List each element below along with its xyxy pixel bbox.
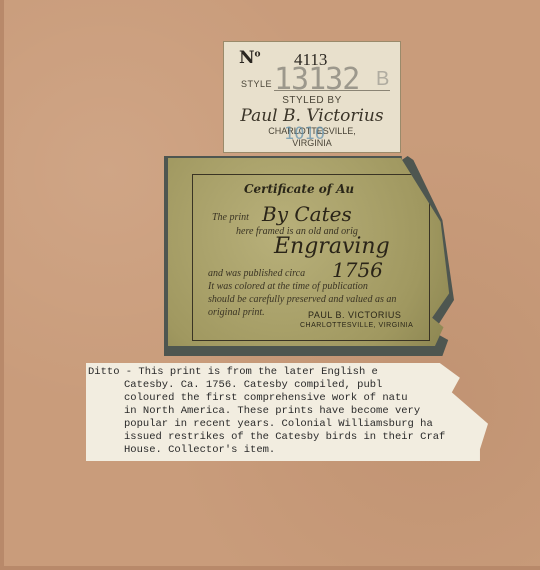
handwritten-year: 1756	[332, 258, 383, 282]
note-line: issued restrikes of the Catesby birds in…	[124, 431, 445, 443]
style-caption: STYLE	[241, 79, 272, 89]
certificate-signature-place: CHARLOTTESVILLE, VIRGINIA	[300, 322, 413, 329]
frame-edge-bottom	[0, 566, 540, 570]
note-line: Ditto - This print is from the later Eng…	[88, 366, 378, 378]
style-suffix: B	[376, 68, 389, 91]
framer-style-label: No 4113 STYLE 13132 B STYLED BY Paul B. …	[224, 42, 400, 152]
note-line: coloured the first comprehensive work of…	[124, 392, 408, 404]
style-rule	[274, 90, 390, 91]
certificate-of-authenticity: Certificate of Au The print By Cates her…	[168, 158, 452, 346]
certificate-title: Certificate of Au	[244, 182, 354, 196]
note-line: in North America. These prints have beco…	[124, 405, 420, 417]
certificate-line-preserved: should be carefully preserved and valued…	[208, 294, 396, 305]
styled-by-caption: STYLED BY	[224, 95, 400, 106]
handwritten-medium: Engraving	[274, 234, 390, 259]
number-sign: No	[239, 48, 261, 68]
certificate-line-published: and was published circa	[208, 268, 305, 279]
certificate-line-original: original print.	[208, 307, 265, 318]
style-number: 13132	[274, 62, 359, 97]
certificate-signature-name: PAUL B. VICTORIUS	[308, 310, 401, 320]
note-line: House. Collector's item.	[124, 444, 275, 456]
typed-description-note: Ditto - This print is from the later Eng…	[86, 363, 488, 461]
certificate-line-print: The print	[212, 212, 249, 223]
note-line: popular in recent years. Colonial Willia…	[124, 418, 433, 430]
frame-edge-left	[0, 0, 4, 570]
certificate-line-colored: It was colored at the time of publicatio…	[208, 281, 368, 292]
blue-ink-stamp: 1010	[284, 124, 325, 144]
handwritten-title: By Cates	[262, 202, 352, 226]
framer-name: Paul B. Victorius	[224, 106, 400, 126]
note-line: Catesby. Ca. 1756. Catesby compiled, pub…	[124, 379, 382, 391]
